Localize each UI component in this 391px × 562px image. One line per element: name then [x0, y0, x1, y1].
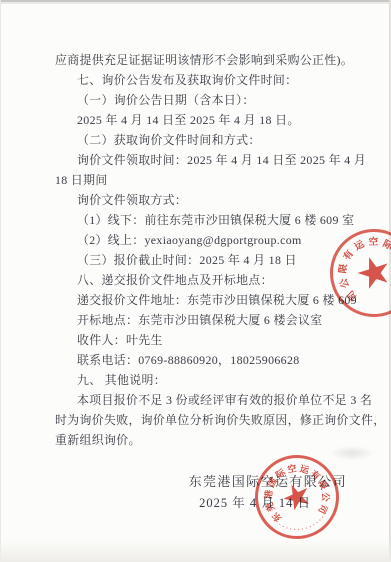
doc-line: 时为询价失败，询价单位分析询价失败原因，修正询价文件，: [55, 410, 355, 430]
doc-line: 联系电话：0769-88860920，18025906628: [55, 350, 355, 370]
scan-edge-bottom: [0, 540, 391, 562]
doc-line: 八、递交报价文件地点及开标地点：: [55, 270, 355, 290]
doc-line: 递交报价文件地址：东莞市沙田镇保税大厦 6 楼 609: [55, 290, 355, 310]
company-seal: 东莞港国际空运有限公司 ·············: [248, 448, 345, 545]
doc-line: （三）报价截止时间：2025 年 4 月 18 日: [55, 250, 355, 270]
doc-line: 2025 年 4 月 14 日至 2025 年 4 月 18 日。: [55, 110, 355, 130]
doc-line: 收件人：叶先生: [55, 330, 355, 350]
doc-line: 开标地点：东莞市沙田镇保税大厦 6 楼会议室: [55, 310, 355, 330]
doc-line: 本项目报价不足 3 份或经评审有效的报价单位不足 3 名: [55, 390, 355, 410]
doc-line: 询价文件领取时间：2025 年 4 月 14 日至 2025 年 4 月: [55, 150, 355, 170]
doc-line: 九、 其他说明：: [55, 370, 355, 390]
document-body: 应商提供充足证据证明该情形不会影响到采购公正性)。 七、询价公告发布及获取询价文…: [55, 50, 355, 450]
doc-line: 七、询价公告发布及获取询价文件时间：: [55, 70, 355, 90]
doc-line: 18 日期间: [55, 170, 355, 190]
scan-edge-left: [0, 0, 1, 562]
doc-line: （二）获取询价文件时间和方式：: [55, 130, 355, 150]
edge-company-seal: 东莞港国际空运有限公司: [330, 229, 391, 317]
doc-line: （1）线下：前往东莞市沙田镇保税大厦 6 楼 609 室: [55, 210, 355, 230]
doc-line: 询价文件领取方式：: [55, 190, 355, 210]
seal-arc-text: 东莞港国际空运有限公司: [333, 232, 391, 314]
seal-serial-dots: ·············: [252, 452, 342, 542]
doc-line: （2）线上：yexiaoyang@dgportgroup.com: [55, 230, 355, 250]
doc-line: （一）询价公告日期（含本日）：: [55, 90, 355, 110]
scan-edge-top-fade: [0, 2, 391, 4]
doc-line: 应商提供充足证据证明该情形不会影响到采购公正性)。: [55, 50, 355, 70]
doc-line: 重新组织询价。: [55, 430, 355, 450]
